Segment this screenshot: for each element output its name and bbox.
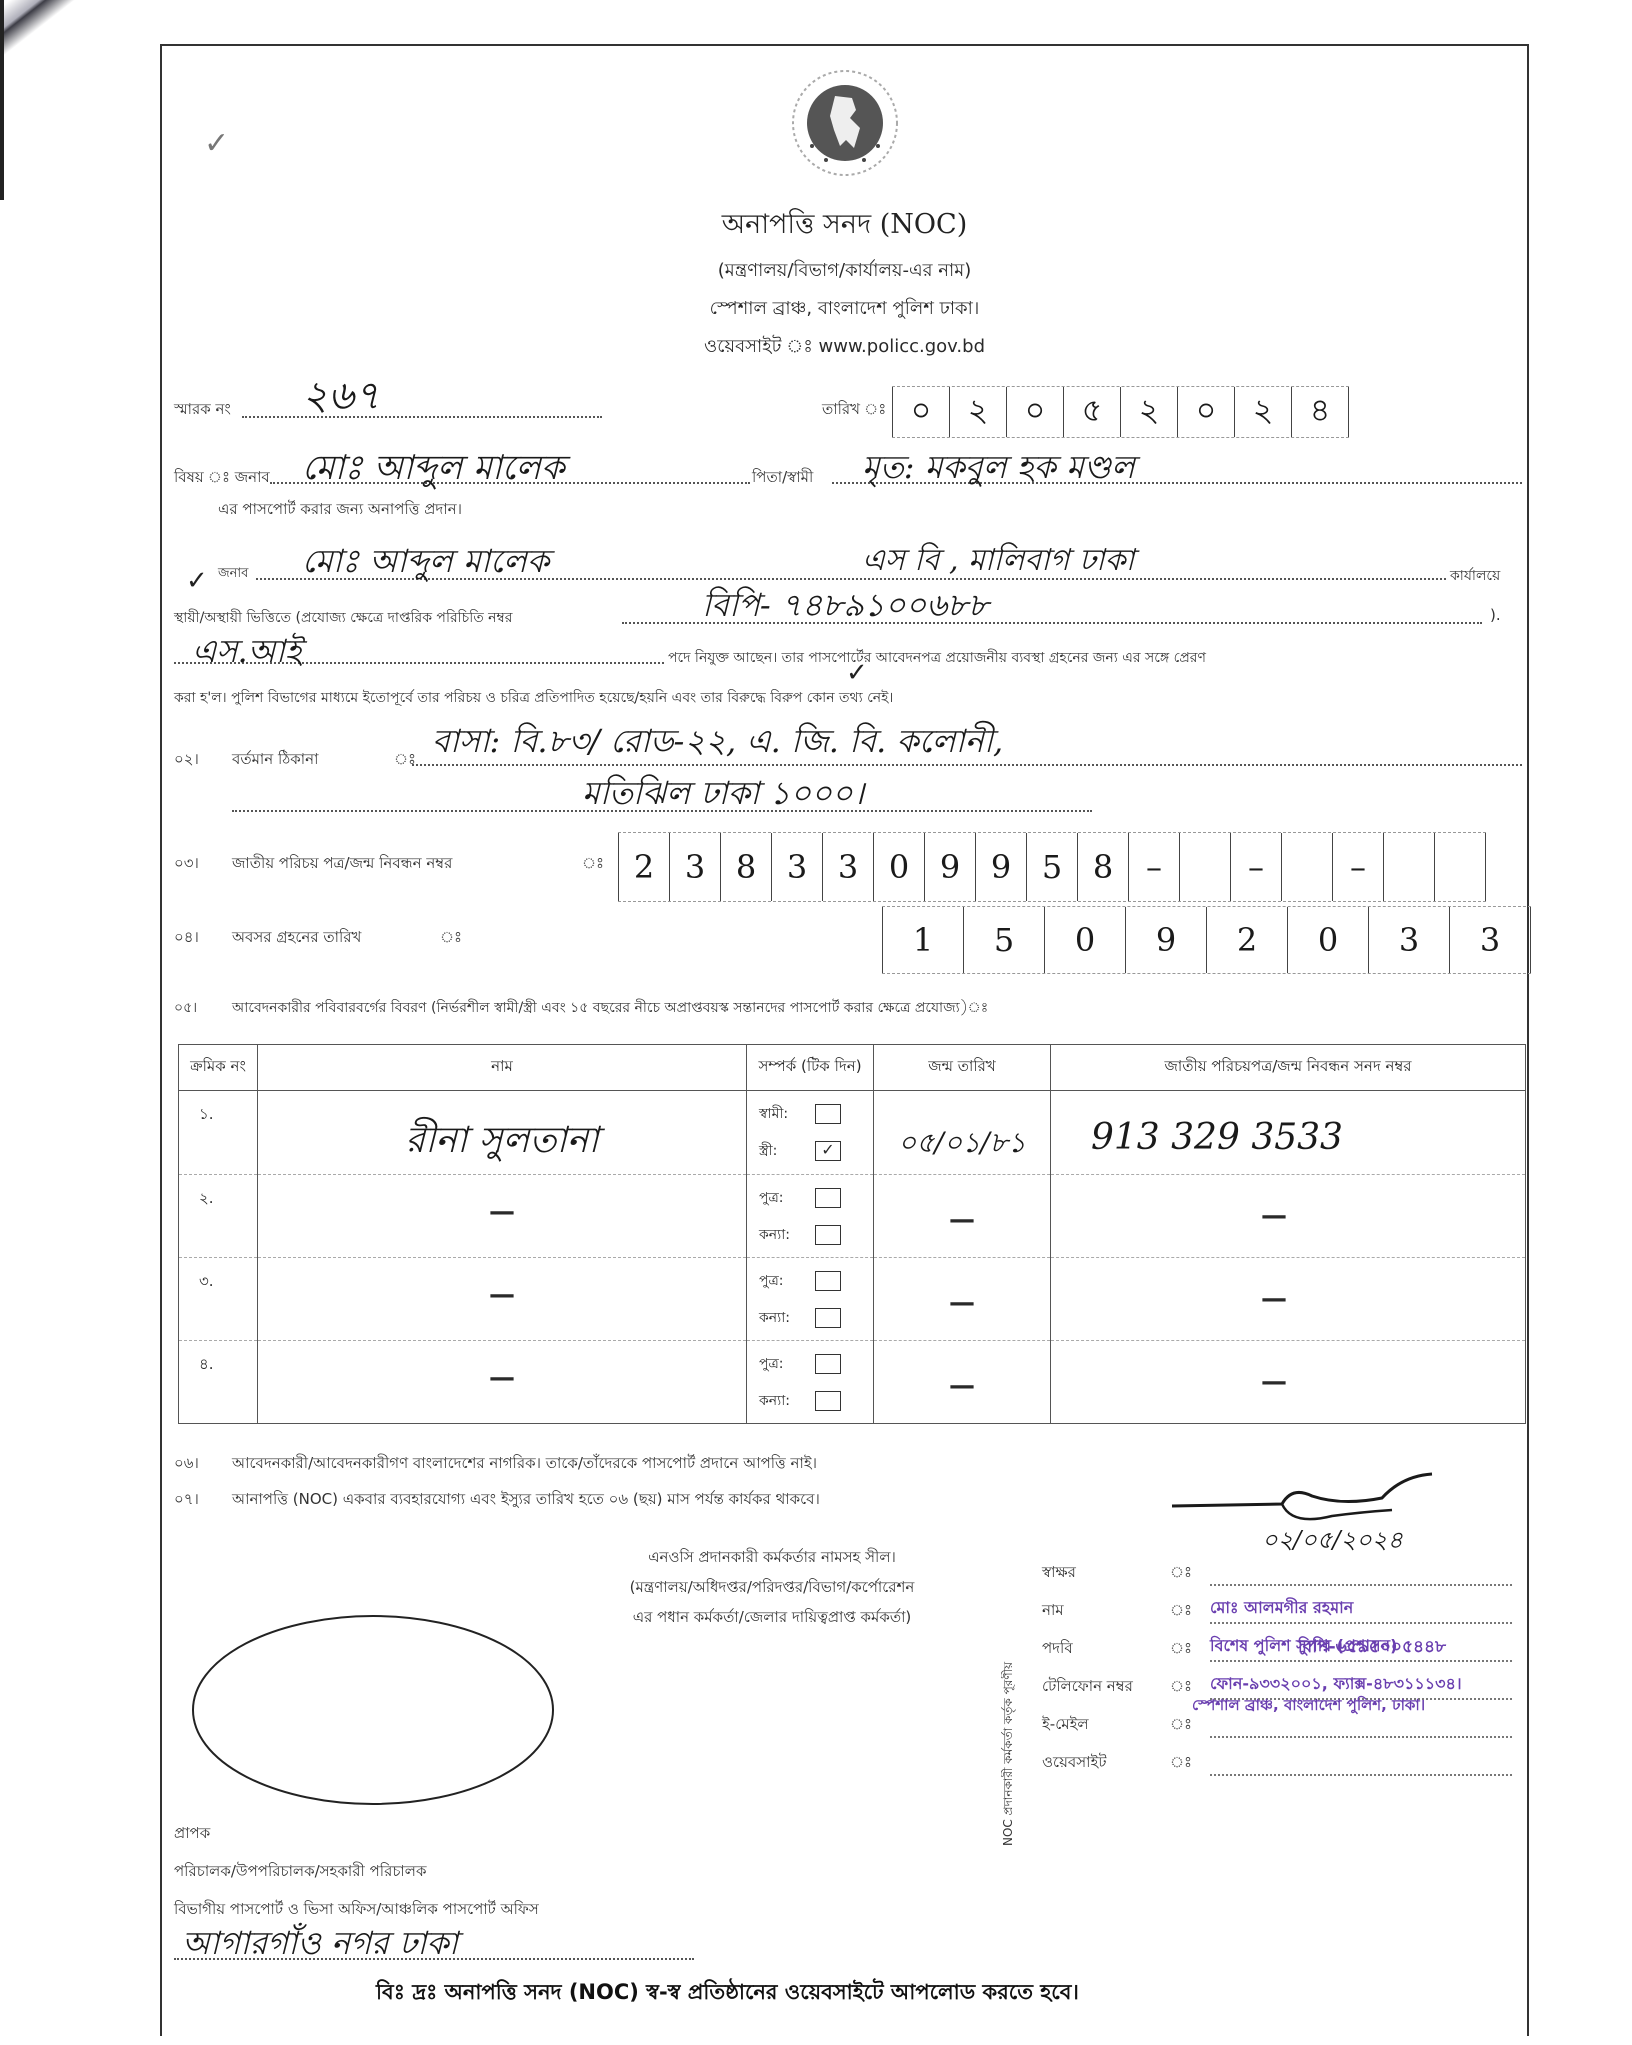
checkbox-checked-icon[interactable]: ✓ xyxy=(815,1141,841,1161)
member-name: — xyxy=(489,1197,515,1227)
date-digit-boxes: ০২০৫২০২৪ xyxy=(892,386,1349,438)
row-dob: — xyxy=(874,1341,1051,1424)
member-nid: — xyxy=(1261,1367,1287,1397)
relation-label: পুত্র: xyxy=(759,1186,805,1210)
relation-option[interactable]: কন্যা: xyxy=(747,1299,873,1336)
document-title: অনাপত্তি সনদ (NOC) xyxy=(162,204,1527,249)
digit-cell: 9 xyxy=(924,833,975,901)
nid-label: জাতীয় পরিচয় পত্র/জন্ম নিবন্ধন নম্বর xyxy=(232,852,452,877)
digit-cell: 3 xyxy=(1368,907,1449,973)
official-id-number: বিপি- ৭৪৮৯১০০৬৮৮ xyxy=(702,580,989,634)
digit-cell: ২ xyxy=(1120,387,1177,437)
checkbox-icon[interactable] xyxy=(815,1308,841,1328)
tick-mark-icon: ✓ xyxy=(204,126,229,161)
digit-cell: 0 xyxy=(1044,907,1125,973)
digit-cell: 9 xyxy=(1125,907,1206,973)
digit-cell: ০ xyxy=(892,387,949,437)
stamp-office: স্পেশাল ব্রাঞ্চ, বাংলাদেশ পুলিশ, ঢাকা। xyxy=(1192,1694,1425,1719)
family-row: ১.রীনা সুলতানাস্বামী:স্ত্রী:✓০৫/০১/৮১913… xyxy=(179,1091,1526,1175)
row-name: — xyxy=(258,1258,747,1341)
govt-emblem-icon xyxy=(790,68,900,178)
row-nid: 913 329 3533 xyxy=(1051,1091,1526,1175)
member-nid: 913 329 3533 xyxy=(1091,1117,1343,1158)
janab-label: জনাব xyxy=(218,564,248,585)
signatory-field-value xyxy=(1210,1754,1512,1776)
relation-label: পুত্র: xyxy=(759,1352,805,1376)
memo-number: ২৬৭ xyxy=(302,364,380,431)
relation-option[interactable]: পুত্র: xyxy=(747,1262,873,1299)
row-relation: পুত্র:কন্যা: xyxy=(747,1341,874,1424)
member-nid: — xyxy=(1261,1284,1287,1314)
relation-option[interactable]: কন্যা: xyxy=(747,1382,873,1419)
digit-cell: 8 xyxy=(1077,833,1128,901)
digit-cell xyxy=(1434,833,1486,901)
father-label: পিতা/স্বামী xyxy=(752,466,813,491)
digit-cell: ০ xyxy=(1006,387,1063,437)
footer-note: বিঃ দ্রঃ অনাপত্তি সনদ (NOC) স্ব-স্ব প্রত… xyxy=(376,1976,1079,2011)
website-line: ওয়েবসাইট ঃ www.policc.gov.bd xyxy=(162,332,1527,363)
digit-cell xyxy=(1383,833,1434,901)
check-mark-icon: ✓ xyxy=(846,658,868,688)
nid-sep: ঃ xyxy=(582,852,604,877)
digit-cell: 5 xyxy=(963,907,1044,973)
family-heading: আবেদনকারীর পবিবারবর্গের বিবরণ (নির্ভরশীল… xyxy=(232,996,988,1020)
member-dob: — xyxy=(949,1205,975,1235)
recipient-label: প্রাপক xyxy=(174,1822,210,1847)
relation-option[interactable]: স্ত্রী:✓ xyxy=(747,1132,873,1169)
clause-6-text: আবেদনকারী/আবেদনকারীগণ বাংলাদেশের নাগরিক।… xyxy=(232,1452,817,1477)
member-dob: — xyxy=(949,1371,975,1401)
relation-label: পুত্র: xyxy=(759,1269,805,1293)
clause-7-text: আনাপত্তি (NOC) একবার ব্যবহারযোগ্য এবং ইস… xyxy=(232,1488,820,1513)
relation-label: কন্যা: xyxy=(759,1223,805,1247)
seal-note-line-1: এনওসি প্রদানকারী কর্মকর্তার নামসহ সীল। xyxy=(542,1542,1002,1572)
col-nid: জাতীয় পরিচয়পত্র/জন্ম নিবন্ধন সনদ নম্বর xyxy=(1051,1045,1526,1091)
signatory-field-value: মোঃ আলমগীর রহমান xyxy=(1210,1595,1512,1624)
clause-6-number: ০৬। xyxy=(174,1452,199,1477)
checkbox-icon[interactable] xyxy=(815,1354,841,1374)
signatory-field-sep: ঃ xyxy=(1170,1751,1210,1776)
address-sep: ঃ xyxy=(394,748,416,773)
signatory-field-sep: ঃ xyxy=(1170,1599,1210,1624)
nid-number: ০৩। xyxy=(174,852,199,877)
digit-cell: 3 xyxy=(669,833,720,901)
row-relation: পুত্র:কন্যা: xyxy=(747,1175,874,1258)
designation-suffix: পদে নিযুক্ত আছেন। তার পাসপোর্টের আবেদনপত… xyxy=(668,646,1206,670)
checkbox-icon[interactable] xyxy=(815,1188,841,1208)
signatory-field-label: পদবি xyxy=(1042,1637,1170,1662)
row-dob: — xyxy=(874,1175,1051,1258)
col-dob: জন্ম তারিখ xyxy=(874,1045,1051,1091)
father-name: মৃত: মকবুল হক মণ্ডল xyxy=(862,442,1135,496)
signatory-field-value xyxy=(1210,1564,1512,1586)
seal-note-line-3: এর পধান কর্মকর্তা/জেলার দায়িত্বপ্রাপ্ত … xyxy=(542,1602,1002,1632)
address-line-1: বাসা: বি.৮৩/ রোড-২২, এ. জি. বি. কলোনী, xyxy=(432,716,1003,770)
row-name: — xyxy=(258,1175,747,1258)
retirement-label: অবসর গ্রহনের তারিখ xyxy=(232,926,361,951)
checkbox-icon[interactable] xyxy=(815,1104,841,1124)
memo-underline xyxy=(242,416,602,418)
member-dob: ০৫/০১/৮১ xyxy=(898,1126,1026,1159)
digit-cell: – xyxy=(1230,833,1281,901)
relation-label: স্ত্রী: xyxy=(759,1139,805,1163)
address-line-2: মতিঝিল ঢাকা ১০০০। xyxy=(582,768,864,822)
signatory-field-label: নাম xyxy=(1042,1599,1170,1624)
family-number: ০৫। xyxy=(174,996,197,1020)
applicant-name: মোঃ আব্দুল মালেক xyxy=(302,442,565,499)
designation-value: এস.আই xyxy=(192,626,302,680)
digit-cell xyxy=(1179,833,1230,901)
digit-cell: 0 xyxy=(1287,907,1368,973)
digit-cell xyxy=(1281,833,1332,901)
digit-cell: 2 xyxy=(618,833,669,901)
digit-cell: 2 xyxy=(1206,907,1287,973)
checkbox-icon[interactable] xyxy=(815,1225,841,1245)
address-label: বর্তমান ঠিকানা xyxy=(232,748,318,773)
employee-name: মোঃ আব্দুল মালেক xyxy=(302,536,549,590)
recipient-office: আগারগাঁও নগর ঢাকা xyxy=(182,1918,458,1972)
digit-cell: 1 xyxy=(882,907,963,973)
checkbox-icon[interactable] xyxy=(815,1391,841,1411)
signatory-block: স্বাক্ষরঃনামঃমোঃ আলমগীর রহমানপদবিঃবিশেষ … xyxy=(1042,1548,1512,1776)
row-relation: পুত্র:কন্যা: xyxy=(747,1258,874,1341)
digit-cell: 8 xyxy=(720,833,771,901)
digit-cell: 0 xyxy=(873,833,924,901)
family-row: ২.—পুত্র:কন্যা:—— xyxy=(179,1175,1526,1258)
col-serial: ক্রমিক নং xyxy=(179,1045,258,1091)
signatory-field: নামঃমোঃ আলমগীর রহমান xyxy=(1042,1586,1512,1624)
col-name: নাম xyxy=(258,1045,747,1091)
signatory-field-label: টেলিফোন নম্বর xyxy=(1042,1675,1170,1700)
family-row: ৪.—পুত্র:কন্যা:—— xyxy=(179,1341,1526,1424)
family-row: ৩.—পুত্র:কন্যা:—— xyxy=(179,1258,1526,1341)
row-serial: ৪. xyxy=(179,1341,258,1424)
signatory-field: ওয়েবসাইটঃ xyxy=(1042,1738,1512,1776)
digit-cell: ০ xyxy=(1177,387,1234,437)
stamp-bp-number: বিপি-৬৫৯৫০০৫৪৪৮ xyxy=(1222,1634,1522,1662)
row-name: — xyxy=(258,1341,747,1424)
row-nid: — xyxy=(1051,1258,1526,1341)
recipient-line-1: পরিচালক/উপপরিচালক/সহকারী পরিচালক xyxy=(174,1860,426,1885)
digit-cell: 9 xyxy=(975,833,1026,901)
row-name: রীনা সুলতানা xyxy=(258,1091,747,1175)
relation-option[interactable]: স্বামী: xyxy=(747,1095,873,1132)
retirement-sep: ঃ xyxy=(440,926,462,951)
member-nid: — xyxy=(1261,1201,1287,1231)
subject-label: বিষয় ঃ জনাব xyxy=(174,466,270,491)
retirement-number: ০৪। xyxy=(174,926,199,951)
row-nid: — xyxy=(1051,1175,1526,1258)
seal-placeholder-ellipse xyxy=(188,1612,558,1808)
relation-option[interactable]: পুত্র: xyxy=(747,1345,873,1382)
seal-note-line-2: (মন্ত্রণালয়/অধিদপ্তর/পরিদপ্তর/বিভাগ/কর্… xyxy=(542,1572,1002,1602)
signatory-field-label: ওয়েবসাইট xyxy=(1042,1751,1170,1776)
memo-label: স্মারক নং xyxy=(174,398,231,423)
check-mark-icon: ✓ xyxy=(186,566,208,596)
signatory-field-label: ই-মেইল xyxy=(1042,1713,1170,1738)
seal-note: এনওসি প্রদানকারী কর্মকর্তার নামসহ সীল। (… xyxy=(542,1542,1002,1632)
signatory-field-label: স্বাক্ষর xyxy=(1042,1561,1170,1586)
digit-cell: 3 xyxy=(822,833,873,901)
digit-cell: 5 xyxy=(1026,833,1077,901)
relation-option[interactable]: কন্যা: xyxy=(747,1216,873,1253)
verification-text: করা হ'ল। পুলিশ বিভাগের মাধ্যমে ইতোপূর্বে… xyxy=(174,686,893,710)
digit-cell: ২ xyxy=(949,387,1006,437)
signatory-field-sep: ঃ xyxy=(1170,1561,1210,1586)
digit-cell: – xyxy=(1128,833,1179,901)
digit-cell: – xyxy=(1332,833,1383,901)
member-dob: — xyxy=(949,1288,975,1318)
nid-digit-boxes: 2383309958––– xyxy=(618,832,1486,902)
member-name: — xyxy=(489,1280,515,1310)
digit-cell: ৫ xyxy=(1063,387,1120,437)
col-relation: সম্পর্ক (টিক দিন) xyxy=(747,1045,874,1091)
row-serial: ১. xyxy=(179,1091,258,1175)
family-table: ক্রমিক নং নাম সম্পর্ক (টিক দিন) জন্ম তার… xyxy=(178,1044,1526,1424)
digit-cell: 3 xyxy=(1449,907,1531,973)
office-name: স্পেশাল ব্রাঞ্চ, বাংলাদেশ পুলিশ ঢাকা। xyxy=(162,294,1527,325)
digit-cell: 3 xyxy=(771,833,822,901)
checkbox-icon[interactable] xyxy=(815,1271,841,1291)
relation-option[interactable]: পুত্র: xyxy=(747,1179,873,1216)
official-id-suffix: ). xyxy=(1490,606,1501,624)
digit-cell: ৪ xyxy=(1291,387,1349,437)
row-serial: ৩. xyxy=(179,1258,258,1341)
address-number: ০২। xyxy=(174,748,199,773)
member-name: — xyxy=(489,1363,515,1393)
member-name: রীনা সুলতানা xyxy=(405,1120,598,1161)
clause-7-number: ০৭। xyxy=(174,1488,199,1513)
row-nid: — xyxy=(1051,1341,1526,1424)
office-suffix: কার্যালয়ে xyxy=(1450,564,1500,588)
digit-cell: ২ xyxy=(1234,387,1291,437)
row-relation: স্বামী:স্ত্রী:✓ xyxy=(747,1091,874,1175)
signature-date: ০২/০৫/২০২৪ xyxy=(1262,1522,1403,1562)
relation-label: কন্যা: xyxy=(759,1389,805,1413)
relation-label: কন্যা: xyxy=(759,1306,805,1330)
subject-line2: এর পাসপোর্ট করার জন্য অনাপত্তি প্রদান। xyxy=(218,498,462,523)
scan-edge xyxy=(0,0,4,200)
row-serial: ২. xyxy=(179,1175,258,1258)
row-dob: — xyxy=(874,1258,1051,1341)
relation-label: স্বামী: xyxy=(759,1102,805,1126)
noc-form: ✓ অনাপত্তি সনদ (NOC) (মন্ত্রণালয়/বিভাগ/… xyxy=(160,44,1529,2036)
ministry-subtitle: (মন্ত্রণালয়/বিভাগ/কার্যালয়-এর নাম) xyxy=(162,256,1527,287)
vertical-note: NOC প্রদানকারী কর্মকর্তা কর্তৃক পূরণীয় xyxy=(998,1606,1018,1846)
signatory-field-value xyxy=(1210,1716,1512,1738)
signatory-field-sep: ঃ xyxy=(1170,1637,1210,1662)
date-label: তারিখ ঃ xyxy=(822,398,886,423)
row-dob: ০৫/০১/৮১ xyxy=(874,1091,1051,1175)
retirement-digit-boxes: 15092033 xyxy=(882,906,1531,974)
